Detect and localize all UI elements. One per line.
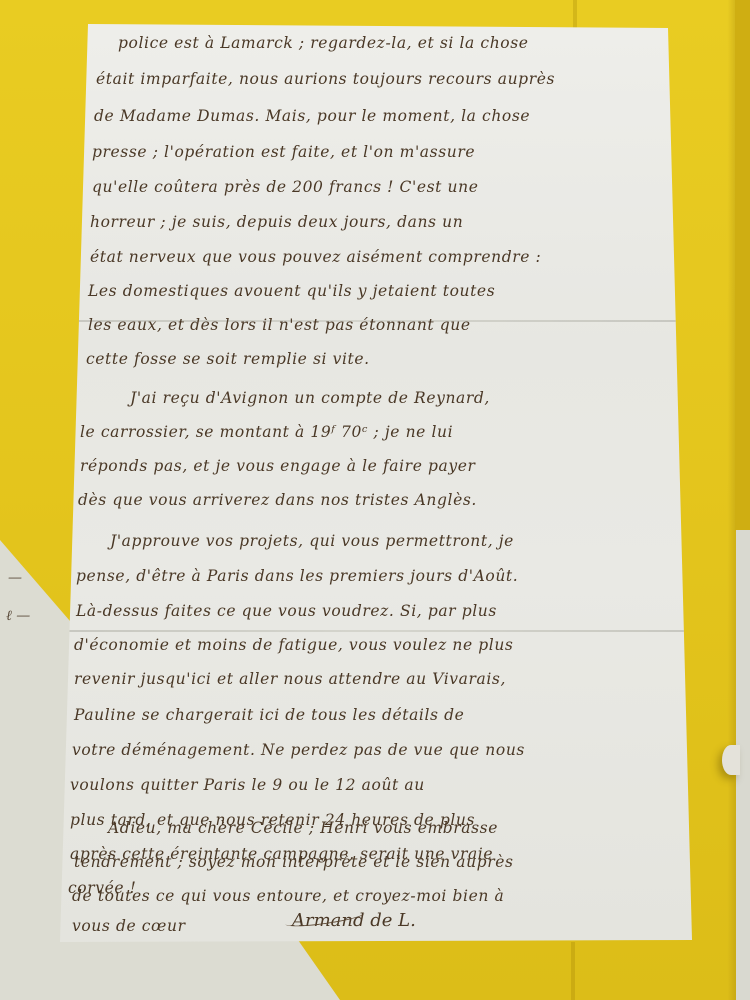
sheet-curl	[722, 745, 740, 775]
letter-line: J'approuve vos projets, qui vous permett…	[110, 532, 514, 550]
underlying-sheet-mark: —	[8, 570, 22, 586]
letter-body: police est à Lamarck ; regardez-la, et s…	[60, 24, 692, 944]
letter-line: de Madame Dumas. Mais, pour le moment, l…	[94, 107, 530, 125]
letter-line: réponds pas, et je vous engage à le fair…	[80, 457, 476, 475]
letter-line: état nerveux que vous pouvez aisément co…	[90, 248, 541, 266]
background-crease-bottom	[571, 942, 575, 1000]
letter-line: était imparfaite, nous aurions toujours …	[96, 70, 555, 88]
letter-line: pense, d'être à Paris dans les premiers …	[76, 567, 518, 585]
letter-line: Là-dessus faites ce que vous voudrez. Si…	[76, 602, 497, 620]
letter-line: revenir jusqu'ici et aller nous attendre…	[74, 670, 506, 688]
letter-line: Adieu, ma chère Cécile ; Henri vous embr…	[108, 819, 498, 837]
letter-line: cette fosse se soit remplie si vite.	[86, 350, 370, 368]
background-edge-strip	[735, 0, 750, 530]
letter-line: police est à Lamarck ; regardez-la, et s…	[118, 34, 529, 52]
letter-line: horreur ; je suis, depuis deux jours, da…	[90, 213, 463, 231]
letter-line: de toutes ce qui vous entoure, et croyez…	[72, 887, 504, 905]
letter-line: Pauline se chargerait ici de tous les dé…	[74, 706, 464, 724]
letter-line: voulons quitter Paris le 9 ou le 12 août…	[70, 776, 425, 794]
letter-line: vous de cœur	[72, 917, 186, 935]
letter-line: votre déménagement. Ne perdez pas de vue…	[72, 741, 525, 759]
letter-line: les eaux, et dès lors il n'est pas étonn…	[88, 316, 471, 334]
letter-line: J'ai reçu d'Avignon un compte de Reynard…	[130, 389, 490, 407]
letter-line: dès que vous arriverez dans nos tristes …	[78, 491, 477, 509]
letter-line: d'économie et moins de fatigue, vous vou…	[74, 636, 513, 654]
letter-line: tendrement ; soyez mon interprète et le …	[74, 853, 514, 871]
underlying-sheet-mark: ℓ —	[6, 608, 30, 625]
background-crease-top	[573, 0, 577, 30]
letter-line: Les domestiques avouent qu'ils y jetaien…	[88, 282, 495, 300]
letter-line: presse ; l'opération est faite, et l'on …	[92, 143, 475, 161]
letter-sheet: police est à Lamarck ; regardez-la, et s…	[60, 24, 692, 944]
letter-line: le carrossier, se montant à 19ᶠ 70ᶜ ; je…	[80, 423, 453, 441]
letter-line: qu'elle coûtera près de 200 francs ! C'e…	[92, 178, 478, 196]
